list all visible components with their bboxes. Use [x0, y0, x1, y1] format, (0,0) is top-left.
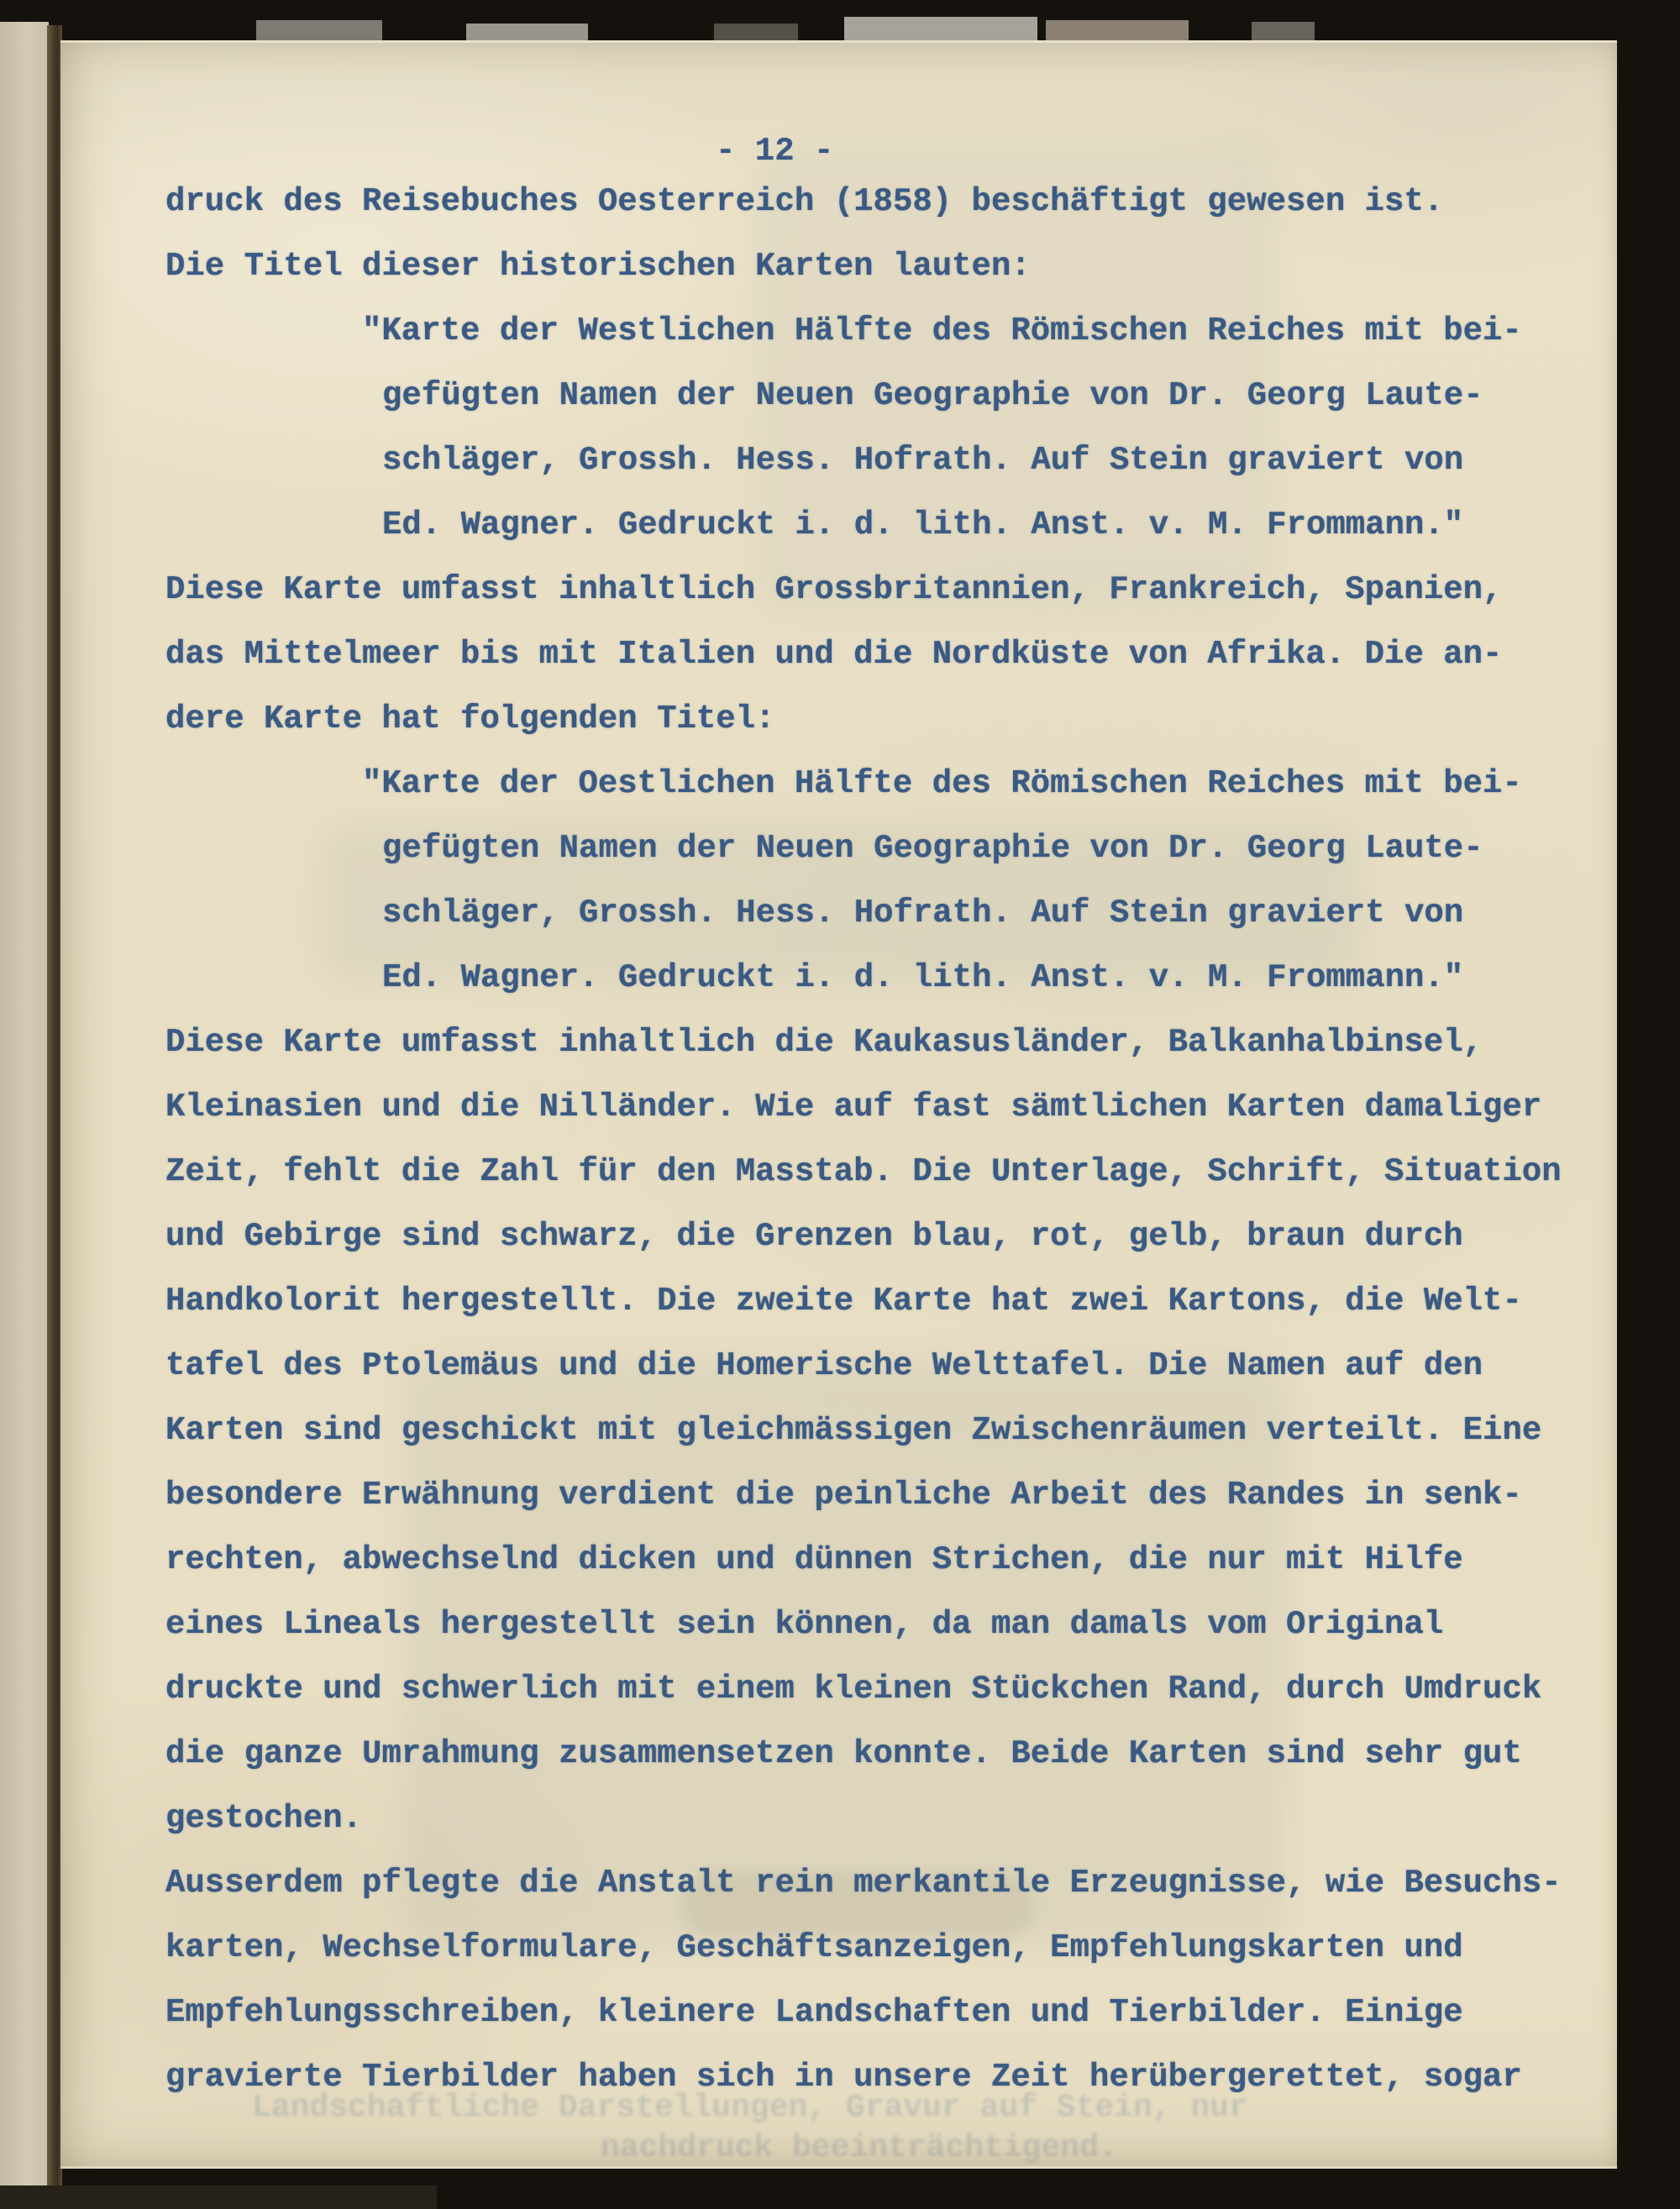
text-line: rechten, abwechselnd dicken und dünnen S…	[165, 1541, 1463, 1578]
text-line: gefügten Namen der Neuen Geographie von …	[382, 830, 1483, 867]
underlying-page-edge	[1046, 20, 1189, 42]
text-line: Diese Karte umfasst inhaltlich die Kauka…	[165, 1024, 1483, 1061]
text-line: "Karte der Oestlichen Hälfte des Römisch…	[362, 765, 1522, 802]
text-line: und Gebirge sind schwarz, die Grenzen bl…	[165, 1218, 1463, 1255]
ghost-print-line: nachdruck beeinträchtigend.	[601, 2130, 1118, 2166]
text-line: Empfehlungsschreiben, kleinere Landschaf…	[165, 1994, 1463, 2031]
text-line: Ausserdem pflegte die Anstalt rein merka…	[165, 1865, 1562, 1902]
text-line: Ed. Wagner. Gedruckt i. d. lith. Anst. v…	[382, 959, 1463, 996]
text-line: das Mittelmeer bis mit Italien und die N…	[165, 636, 1502, 673]
text-line: druck des Reisebuches Oesterreich (1858)…	[165, 183, 1443, 220]
text-line: druckte und schwerlich mit einem kleinen…	[165, 1671, 1541, 1708]
underlying-page-edge	[466, 24, 588, 42]
bottom-page-sliver	[0, 2185, 437, 2209]
typewritten-text: druck des Reisebuches Oesterreich (1858)…	[165, 183, 1610, 2132]
text-line: schläger, Grossh. Hess. Hofrath. Auf Ste…	[382, 442, 1463, 479]
text-line: Die Titel dieser historischen Karten lau…	[165, 248, 1031, 285]
text-line: Diese Karte umfasst inhaltlich Grossbrit…	[165, 571, 1502, 608]
text-line: dere Karte hat folgenden Titel:	[165, 700, 775, 737]
document-page: - 12 - druck des Reisebuches Oesterreich…	[60, 40, 1617, 2169]
ghost-print-line: Landschaftliche Darstellungen, Gravur au…	[252, 2090, 1248, 2126]
underlying-page-edge	[1252, 22, 1315, 40]
underlying-page-edge	[844, 17, 1037, 42]
text-line: Handkolorit hergestellt. Die zweite Kart…	[165, 1283, 1522, 1320]
text-line: "Karte der Westlichen Hälfte des Römisch…	[362, 312, 1522, 349]
text-line: eines Lineals hergestellt sein können, d…	[165, 1606, 1443, 1643]
text-line: Zeit, fehlt die Zahl für den Masstab. Di…	[165, 1153, 1562, 1190]
underlying-page-edge	[256, 20, 382, 42]
previous-page-edge-strip	[0, 22, 49, 2194]
text-line: karten, Wechselformulare, Geschäftsanzei…	[165, 1929, 1463, 1966]
text-line: besondere Erwähnung verdient die peinlic…	[165, 1477, 1522, 1514]
underlying-page-edge	[714, 24, 798, 42]
page-number: - 12 -	[716, 133, 833, 170]
text-line: Karten sind geschickt mit gleichmässigen…	[165, 1412, 1541, 1449]
text-line: gefügten Namen der Neuen Geographie von …	[382, 377, 1483, 414]
book-scan-background: - 12 - druck des Reisebuches Oesterreich…	[0, 0, 1680, 2209]
text-line: tafel des Ptolemäus und die Homerische W…	[165, 1347, 1483, 1384]
text-line: die ganze Umrahmung zusammensetzen konnt…	[165, 1735, 1522, 1772]
text-line: Ed. Wagner. Gedruckt i. d. lith. Anst. v…	[382, 506, 1463, 543]
text-line: Kleinasien und die Nilländer. Wie auf fa…	[165, 1089, 1541, 1125]
text-line: gestochen.	[165, 1800, 362, 1837]
text-line: schläger, Grossh. Hess. Hofrath. Auf Ste…	[382, 895, 1463, 931]
